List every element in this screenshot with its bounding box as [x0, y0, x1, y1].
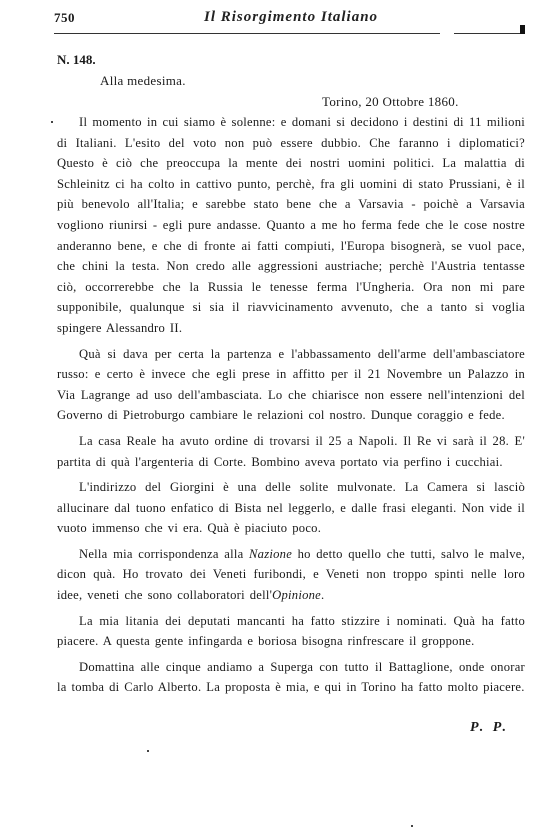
newspaper-title: Opinione: [272, 588, 321, 602]
dateline: Torino, 20 Ottobre 1860.: [322, 94, 459, 110]
paragraph: La casa Reale ha avuto ordine di trovars…: [57, 431, 525, 472]
scan-speck: [411, 825, 413, 827]
paragraph: Nella mia corrispondenza alla Nazione ho…: [57, 544, 525, 606]
running-title: Il Risorgimento Italiano: [204, 9, 378, 26]
paragraph-text: Nella mia corrispondenza alla: [79, 547, 249, 561]
salutation: Alla medesima.: [100, 73, 186, 89]
scanned-book-page: 750 Il Risorgimento Italiano N. 148. All…: [0, 0, 550, 830]
rule-gap: [440, 32, 454, 36]
scan-speck: [51, 121, 53, 123]
page-number: 750: [54, 10, 75, 26]
paragraph: Domattina alle cinque andiamo a Superga …: [57, 657, 525, 698]
letter-body: Il momento in cui siamo è solenne: e dom…: [57, 112, 525, 703]
paragraph: L'indirizzo del Giorgini è una delle sol…: [57, 477, 525, 539]
paragraph: La mia litania dei deputati mancanti ha …: [57, 611, 525, 652]
running-head: 750 Il Risorgimento Italiano: [54, 10, 530, 30]
newspaper-title: Nazione: [249, 547, 292, 561]
paragraph: Quà si dava per certa la partenza e l'ab…: [57, 344, 525, 426]
scan-speck: [147, 750, 149, 752]
letter-number: N. 148.: [57, 52, 96, 68]
paragraph-text: .: [321, 588, 324, 602]
scan-mark: [520, 25, 525, 34]
signature: P. P.: [470, 720, 509, 736]
paragraph: Il momento in cui siamo è solenne: e dom…: [57, 112, 525, 339]
